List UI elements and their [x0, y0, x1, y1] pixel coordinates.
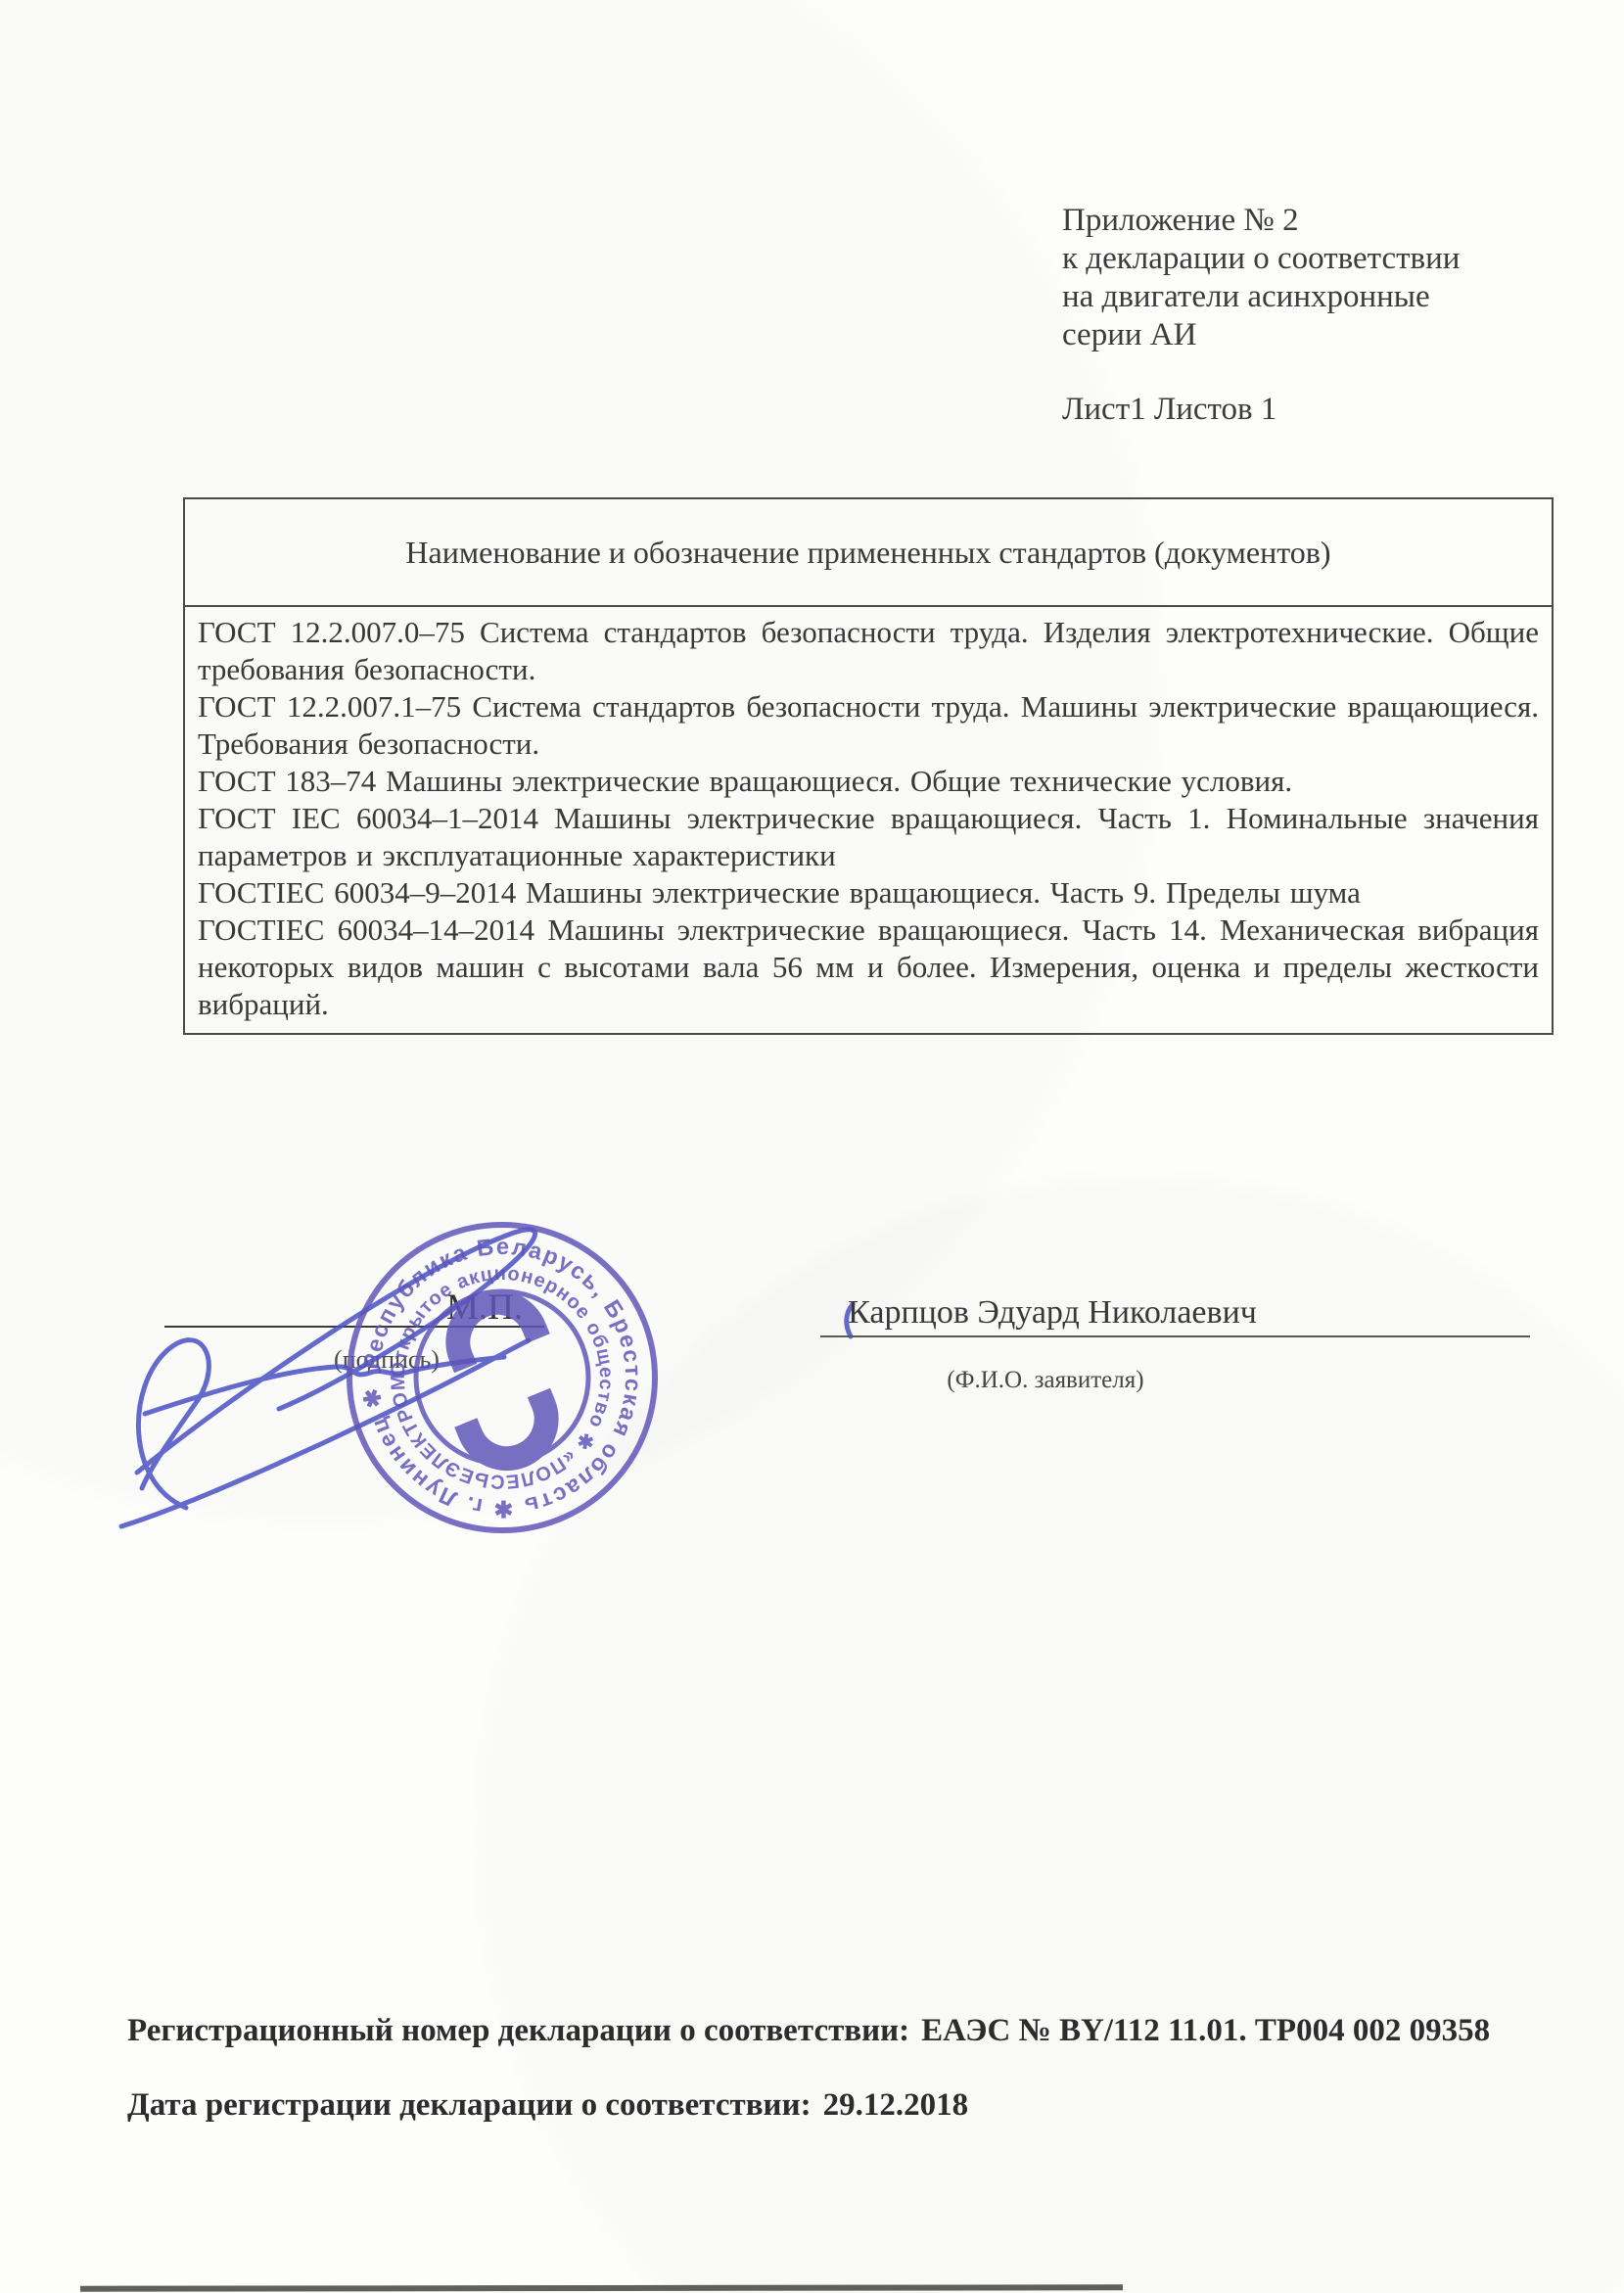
scan-edge-artifact: [80, 2284, 1123, 2291]
standard-entry: ГОСТ IEC 60034–1–2014 Машины электрическ…: [198, 800, 1539, 874]
sheet-count-line: Лист1 Листов 1: [1062, 392, 1276, 428]
appendix-line: к декларации о соответствии: [1062, 240, 1591, 278]
standard-entry: ГОСТIEC 60034–9–2014 Машины электрически…: [198, 874, 1539, 912]
registration-number-label: Регистрационный номер декларации о соотв…: [127, 2013, 909, 2048]
standard-entry: ГОСТ 183–74 Машины электрические вращающ…: [198, 763, 1539, 800]
standards-table-header: Наименование и обозначение примененных с…: [185, 499, 1552, 607]
appendix-line: Приложение № 2: [1062, 202, 1591, 240]
registration-date-line: Дата регистрации декларации о соответств…: [127, 2087, 980, 2124]
scanned-declaration-appendix-page: Приложение № 2 к декларации о соответств…: [0, 0, 1624, 2293]
registration-date-label: Дата регистрации декларации о соответств…: [127, 2087, 812, 2123]
company-stamp: Республика Беларусь, Брестская область ✱…: [341, 1216, 664, 1539]
standard-entry: ГОСТIEC 60034–14–2014 Машины электрическ…: [198, 912, 1539, 1023]
registration-date-value: 29.12.2018: [823, 2087, 969, 2123]
standard-entry: ГОСТ 12.2.007.0–75 Система стандартов бе…: [198, 614, 1539, 688]
stamp-inner-ring: [416, 1291, 588, 1464]
standards-table: Наименование и обозначение примененных с…: [183, 497, 1554, 1035]
registration-number-value: ЕАЭС № BY/112 11.01. ТР004 002 09358: [921, 2013, 1490, 2048]
appendix-header-block: Приложение № 2 к декларации о соответств…: [1062, 202, 1591, 354]
standards-table-body: ГОСТ 12.2.007.0–75 Система стандартов бе…: [185, 607, 1552, 1033]
standard-entry: ГОСТ 12.2.007.1–75 Система стандартов бе…: [198, 688, 1539, 763]
applicant-name-underline: [820, 1335, 1530, 1337]
appendix-line: серии АИ: [1062, 316, 1591, 354]
applicant-name-caption: (Ф.И.О. заявителя): [820, 1367, 1271, 1394]
applicant-name: Карпцов Эдуард Николаевич: [837, 1294, 1268, 1332]
registration-number-line: Регистрационный номер декларации о соотв…: [127, 2013, 1502, 2049]
appendix-line: на двигатели асинхронные: [1062, 278, 1591, 316]
